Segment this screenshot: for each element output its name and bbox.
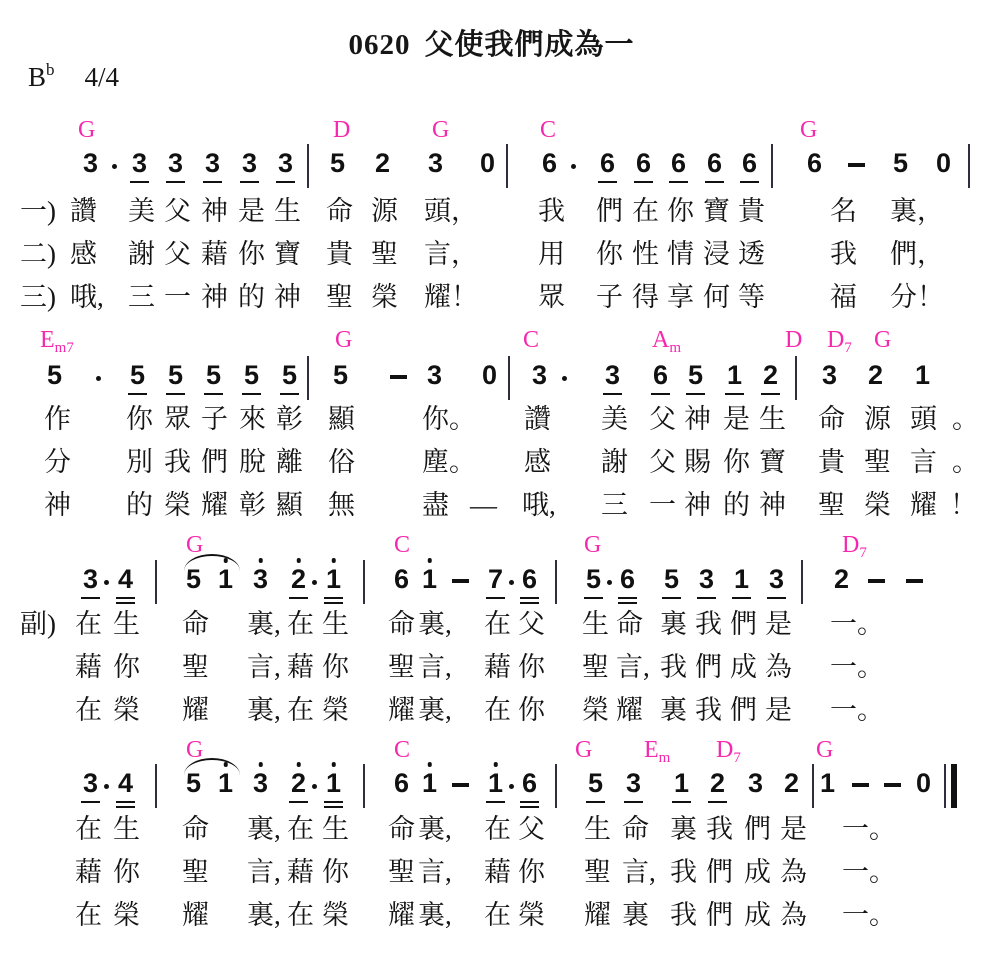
chord-symbol: Em	[644, 738, 670, 766]
lyric-syllable: 命	[182, 815, 209, 845]
lyric-syllable: 裏	[670, 815, 697, 845]
eighth-beam	[289, 597, 308, 599]
lyric-syllable: 生	[582, 610, 609, 640]
sixteenth-beam	[324, 602, 343, 604]
song-number: 0620	[348, 29, 410, 61]
lyric-syllable: 用	[538, 240, 565, 270]
chord-root: G	[584, 532, 601, 558]
lyric-syllable: 貴	[738, 197, 765, 227]
lyric-syllable: 哦,	[70, 283, 104, 313]
augmentation-dot	[509, 580, 514, 585]
chord-symbol: G	[800, 118, 817, 142]
duration-dash	[390, 375, 407, 379]
sixteenth-beam	[520, 602, 539, 604]
note-digit: 2	[834, 566, 849, 593]
eighth-beam	[603, 393, 622, 395]
sixteenth-beam	[324, 806, 343, 808]
lyric-syllable: 藉	[287, 858, 314, 888]
note-digit: 6	[600, 150, 615, 177]
chord-symbol: Em7	[40, 328, 74, 356]
lyric-syllable: 聖	[584, 858, 611, 888]
augmentation-dot	[96, 376, 101, 381]
note-digit: 3	[427, 362, 442, 389]
lyric-syllable: 名	[830, 197, 857, 227]
lyric-syllable: 我	[660, 653, 687, 683]
lyric-syllable: 三	[601, 491, 628, 521]
note-digit: 5	[664, 566, 679, 593]
lyric-syllable: 們	[744, 815, 771, 845]
chord-root: D	[785, 327, 802, 353]
chord-symbol: Am	[652, 328, 681, 356]
lyric-syllable: 在	[75, 815, 102, 845]
eighth-beam	[81, 597, 100, 599]
lyric-syllable: 聖	[182, 858, 209, 888]
note-digit: 3	[83, 150, 98, 177]
eighth-beam	[166, 181, 185, 183]
note-digit: 0	[482, 362, 497, 389]
eighth-beam	[116, 597, 135, 599]
chord-symbol: D	[785, 328, 802, 352]
note-digit: 6	[653, 362, 668, 389]
lyric-syllable: 是	[723, 405, 750, 435]
lyric-syllable: 父	[649, 405, 676, 435]
lyric-syllable: 藉	[484, 858, 511, 888]
barline	[307, 356, 309, 400]
lyric-syllable: 我	[830, 240, 857, 270]
note-digit: 3	[205, 150, 220, 177]
lyric-syllable: 榮	[864, 491, 891, 521]
note-digit: 5	[47, 362, 62, 389]
chord-root: E	[40, 327, 55, 353]
chord-root: C	[540, 117, 556, 143]
note-digit: 3	[769, 566, 784, 593]
lyric-syllable: 。	[952, 405, 979, 435]
eighth-beam	[116, 801, 135, 803]
lyric-syllable: 榮	[322, 901, 349, 931]
lyric-syllable: 的	[238, 283, 265, 313]
chord-root: C	[394, 532, 410, 558]
lyric-syllable: 聖	[864, 448, 891, 478]
note-digit: 4	[118, 566, 133, 593]
lyric-syllable: 父	[518, 610, 545, 640]
lyric-syllable: 寶	[274, 240, 301, 270]
lyric-syllable: 頭	[910, 405, 937, 435]
note-digit: 3	[132, 150, 147, 177]
lyric-syllable: 耀	[201, 491, 228, 521]
augmentation-dot	[571, 164, 576, 169]
duration-dash	[452, 579, 469, 583]
note-digit: 2	[375, 150, 390, 177]
lyric-syllable: 藉	[287, 653, 314, 683]
lyric-syllable: 在	[484, 815, 511, 845]
note-digit: 6	[807, 150, 822, 177]
lyric-syllable: 耀	[388, 696, 415, 726]
lyric-syllable: 聖	[818, 491, 845, 521]
lyric-syllable: 我	[538, 197, 565, 227]
lyric-syllable: 裏,	[418, 610, 452, 640]
barline	[307, 144, 309, 188]
lyric-syllable: 盡	[422, 491, 449, 521]
lyric-syllable: 謝	[601, 448, 628, 478]
chord-suffix: 7	[733, 750, 741, 766]
augmentation-dot	[562, 376, 567, 381]
lyric-syllable: 在	[287, 815, 314, 845]
lyric-syllable: 頭，	[424, 197, 478, 227]
note-digit: 0	[480, 150, 495, 177]
octave-dot	[296, 558, 301, 563]
lyric-syllable: 三)	[20, 283, 56, 313]
note-digit: 1	[326, 566, 341, 593]
duration-dash	[852, 783, 869, 787]
lyric-syllable: 一。	[842, 858, 896, 888]
lyric-syllable: 無	[328, 491, 355, 521]
note-digit: 1	[915, 362, 930, 389]
lyric-syllable: 讚	[70, 197, 97, 227]
lyric-syllable: 們	[596, 197, 623, 227]
eighth-beam	[240, 181, 259, 183]
lyric-syllable: 裏,	[247, 610, 281, 640]
note-digit: 1	[820, 770, 835, 797]
note-digit: 2	[291, 566, 306, 593]
lyric-syllable: 你	[518, 858, 545, 888]
chord-symbol: C	[523, 328, 539, 352]
lyric-syllable: 是	[238, 197, 265, 227]
note-digit: 5	[244, 362, 259, 389]
note-digit: 6	[394, 770, 409, 797]
lyric-syllable: 在	[75, 696, 102, 726]
chord-root: D	[842, 532, 859, 558]
chord-suffix: m	[669, 340, 681, 356]
lyric-syllable: 子	[201, 405, 228, 435]
lyric-syllable: 我	[695, 696, 722, 726]
lyric-syllable: 成	[730, 653, 757, 683]
lyric-syllable: 生	[322, 815, 349, 845]
note-digit: 5	[330, 150, 345, 177]
chord-suffix: m	[659, 750, 671, 766]
eighth-beam	[669, 181, 688, 183]
note-digit: 5	[168, 362, 183, 389]
eighth-beam	[520, 801, 539, 803]
lyric-syllable: 為	[780, 858, 807, 888]
chord-symbol: G	[78, 118, 95, 142]
lyric-syllable: 寶	[759, 448, 786, 478]
eighth-beam	[662, 597, 681, 599]
lyric-syllable: 一	[649, 491, 676, 521]
lyric-syllable: 一。	[830, 610, 884, 640]
lyric-syllable: 聖	[582, 653, 609, 683]
barline	[363, 764, 365, 808]
chord-symbol: D	[333, 118, 350, 142]
octave-dot	[331, 558, 336, 563]
octave-dot	[258, 762, 263, 767]
note-digit: 3	[428, 150, 443, 177]
note-digit: 1	[674, 770, 689, 797]
eighth-beam	[242, 393, 261, 395]
lyric-syllable: 父	[164, 240, 191, 270]
lyric-syllable: 成	[744, 858, 771, 888]
lyric-syllable: 讚	[524, 405, 551, 435]
chord-symbol: G	[575, 738, 592, 762]
lyric-syllable: 生	[322, 610, 349, 640]
lyric-syllable: 裏	[660, 610, 687, 640]
barline	[968, 144, 970, 188]
lyric-syllable: 神	[684, 491, 711, 521]
lyric-syllable: 分	[44, 448, 71, 478]
note-digit: 3	[253, 770, 268, 797]
eighth-beam	[598, 181, 617, 183]
final-barline-thick	[951, 764, 957, 808]
lyric-syllable: 言,	[418, 653, 452, 683]
lyric-syllable: 是	[765, 696, 792, 726]
note-digit: 6	[542, 150, 557, 177]
lyric-syllable: 二)	[20, 240, 56, 270]
note-digit: 6	[636, 150, 651, 177]
lyric-syllable: 你	[596, 240, 623, 270]
lyric-syllable: 彰	[276, 405, 303, 435]
lyric-syllable: 榮	[322, 696, 349, 726]
octave-dot	[296, 762, 301, 767]
final-barline-thin	[944, 764, 946, 808]
lyric-syllable: 一)	[20, 197, 56, 227]
note-digit: 5	[588, 770, 603, 797]
barline	[801, 560, 803, 604]
eighth-beam	[280, 393, 299, 395]
lyric-syllable: 哦,	[522, 491, 556, 521]
augmentation-dot	[104, 784, 109, 789]
lyric-syllable: 一。	[830, 696, 884, 726]
lyric-syllable: 榮	[113, 696, 140, 726]
lyric-syllable: 裏,	[418, 901, 452, 931]
chord-root: A	[652, 327, 669, 353]
note-digit: 2	[710, 770, 725, 797]
lyric-syllable: 們，	[890, 240, 944, 270]
chord-root: G	[78, 117, 95, 143]
augmentation-dot	[104, 580, 109, 585]
lyric-syllable: 命	[388, 815, 415, 845]
chord-root: G	[335, 327, 352, 353]
octave-dot	[258, 558, 263, 563]
chord-root: G	[874, 327, 891, 353]
chord-symbol: G	[584, 533, 601, 557]
note-digit: 1	[734, 566, 749, 593]
duration-dash	[452, 783, 469, 787]
lyric-syllable: 來	[239, 405, 266, 435]
lyric-syllable: 顯	[276, 491, 303, 521]
lyric-syllable: 耀	[182, 696, 209, 726]
lyric-syllable: 是	[780, 815, 807, 845]
lyric-syllable: 在	[75, 901, 102, 931]
lyric-syllable: 美	[601, 405, 628, 435]
eighth-beam	[130, 181, 149, 183]
note-digit: 5	[333, 362, 348, 389]
note-digit: 5	[206, 362, 221, 389]
lyric-syllable: 你	[238, 240, 265, 270]
lyric-syllable: 榮	[113, 901, 140, 931]
chord-symbol: D7	[842, 533, 867, 561]
note-digit: 6	[394, 566, 409, 593]
lyric-syllable: 言,	[418, 858, 452, 888]
lyric-syllable: 在	[287, 696, 314, 726]
lyric-syllable: 一。	[842, 815, 896, 845]
lyric-syllable: 言,	[247, 858, 281, 888]
lyric-syllable: 神	[274, 283, 301, 313]
eighth-beam	[618, 597, 637, 599]
lyric-syllable: 們	[201, 448, 228, 478]
eighth-beam	[81, 801, 100, 803]
lyric-syllable: 我	[670, 901, 697, 931]
lyric-syllable: 言，	[424, 240, 478, 270]
note-digit: 3	[83, 566, 98, 593]
chord-root: D	[716, 737, 733, 763]
sheet-music-page: 0620父使我們成為一 Bb4/4 GDGCG33333352306666666…	[0, 0, 983, 973]
chord-symbol: D7	[716, 738, 741, 766]
chord-root: G	[800, 117, 817, 143]
lyric-syllable: 言,	[622, 858, 656, 888]
lyric-syllable: 藉	[201, 240, 228, 270]
lyric-syllable: 享	[667, 283, 694, 313]
lyric-syllable: 美	[128, 197, 155, 227]
lyric-syllable: 生	[113, 815, 140, 845]
chord-root: D	[333, 117, 350, 143]
note-digit: 1	[218, 566, 233, 593]
lyric-syllable: 父	[164, 197, 191, 227]
lyric-syllable: 言	[910, 448, 937, 478]
note-digit: 3	[278, 150, 293, 177]
barline	[771, 144, 773, 188]
lyric-syllable: 你	[518, 696, 545, 726]
flat-accidental: b	[46, 60, 55, 79]
lyric-syllable: 裏,	[247, 815, 281, 845]
lyric-syllable: 言,	[247, 653, 281, 683]
note-digit: 2	[291, 770, 306, 797]
lyric-syllable: 耀	[388, 901, 415, 931]
lyric-syllable: 福	[830, 283, 857, 313]
lyric-syllable: 榮	[582, 696, 609, 726]
lyric-syllable: 感	[70, 240, 97, 270]
lyric-syllable: 貴	[818, 448, 845, 478]
lyric-syllable: 裏,	[247, 901, 281, 931]
eighth-beam	[203, 181, 222, 183]
lyric-syllable: 耀	[616, 696, 643, 726]
eighth-beam	[761, 393, 780, 395]
lyric-syllable: 脫	[239, 448, 266, 478]
octave-dot	[223, 558, 228, 563]
eighth-beam	[634, 181, 653, 183]
eighth-beam	[686, 393, 705, 395]
note-digit: 6	[522, 770, 537, 797]
note-digit: 0	[916, 770, 931, 797]
augmentation-dot	[312, 784, 317, 789]
key-signature: Bb4/4	[28, 60, 119, 93]
duration-dash	[906, 579, 923, 583]
augmentation-dot	[312, 580, 317, 585]
note-digit: 3	[822, 362, 837, 389]
lyric-syllable: 生	[274, 197, 301, 227]
lyric-syllable: 眾	[538, 283, 565, 313]
lyric-syllable: 你	[723, 448, 750, 478]
note-digit: 2	[784, 770, 799, 797]
lyric-syllable: 聖	[388, 653, 415, 683]
eighth-beam	[586, 801, 605, 803]
lyric-syllable: 俗	[328, 448, 355, 478]
lyric-syllable: 耀	[182, 901, 209, 931]
lyric-syllable: 藉	[75, 653, 102, 683]
barline	[506, 144, 508, 188]
barline	[795, 356, 797, 400]
lyric-syllable: 裏,	[418, 815, 452, 845]
lyric-syllable: 生	[759, 405, 786, 435]
barline	[508, 356, 510, 400]
lyric-syllable: 聖	[326, 283, 353, 313]
note-digit: 2	[763, 362, 778, 389]
lyric-syllable: 眾	[164, 405, 191, 435]
lyric-syllable: 源	[371, 197, 398, 227]
lyric-syllable: 性	[632, 240, 659, 270]
octave-dot	[223, 762, 228, 767]
lyric-syllable: 離	[276, 448, 303, 478]
lyric-syllable: 裏，	[890, 197, 944, 227]
lyric-syllable: 彰	[239, 491, 266, 521]
note-digit: 3	[168, 150, 183, 177]
lyric-syllable: 耀！	[424, 283, 478, 313]
note-digit: 6	[620, 566, 635, 593]
lyric-syllable: 生	[584, 815, 611, 845]
lyric-syllable: 一。	[842, 901, 896, 931]
note-digit: 6	[522, 566, 537, 593]
eighth-beam	[128, 393, 147, 395]
sixteenth-beam	[116, 806, 135, 808]
lyric-syllable: 為	[765, 653, 792, 683]
lyric-syllable: 在	[484, 610, 511, 640]
lyric-syllable: 賜	[684, 448, 711, 478]
chord-symbol: C	[394, 738, 410, 762]
note-digit: 1	[727, 362, 742, 389]
barline	[555, 560, 557, 604]
lyric-syllable: 裏	[660, 696, 687, 726]
eighth-beam	[624, 801, 643, 803]
eighth-beam	[324, 597, 343, 599]
note-digit: 6	[742, 150, 757, 177]
note-digit: 2	[868, 362, 883, 389]
lyric-syllable: 藉	[484, 653, 511, 683]
eighth-beam	[276, 181, 295, 183]
note-digit: 1	[422, 566, 437, 593]
lyric-syllable: 榮	[164, 491, 191, 521]
note-digit: 3	[253, 566, 268, 593]
chord-root: C	[394, 737, 410, 763]
lyric-syllable: 別	[126, 448, 153, 478]
lyric-syllable: 子	[596, 283, 623, 313]
note-digit: 1	[218, 770, 233, 797]
lyric-syllable: 耀	[584, 901, 611, 931]
lyric-syllable: 是	[765, 610, 792, 640]
lyric-syllable: 神	[759, 491, 786, 521]
lyric-syllable: 神	[44, 491, 71, 521]
lyric-syllable: 神	[201, 283, 228, 313]
key-letter: B	[28, 62, 46, 92]
lyric-syllable: 命	[616, 610, 643, 640]
lyric-syllable: 在	[287, 610, 314, 640]
eighth-beam	[204, 393, 223, 395]
lyric-syllable: 你	[126, 405, 153, 435]
note-digit: 5	[688, 362, 703, 389]
barline	[363, 560, 365, 604]
lyric-syllable: ！	[950, 491, 977, 521]
lyric-syllable: 們	[730, 610, 757, 640]
chord-root: D	[827, 327, 844, 353]
lyric-syllable: 們	[730, 696, 757, 726]
lyric-syllable: 在	[632, 197, 659, 227]
